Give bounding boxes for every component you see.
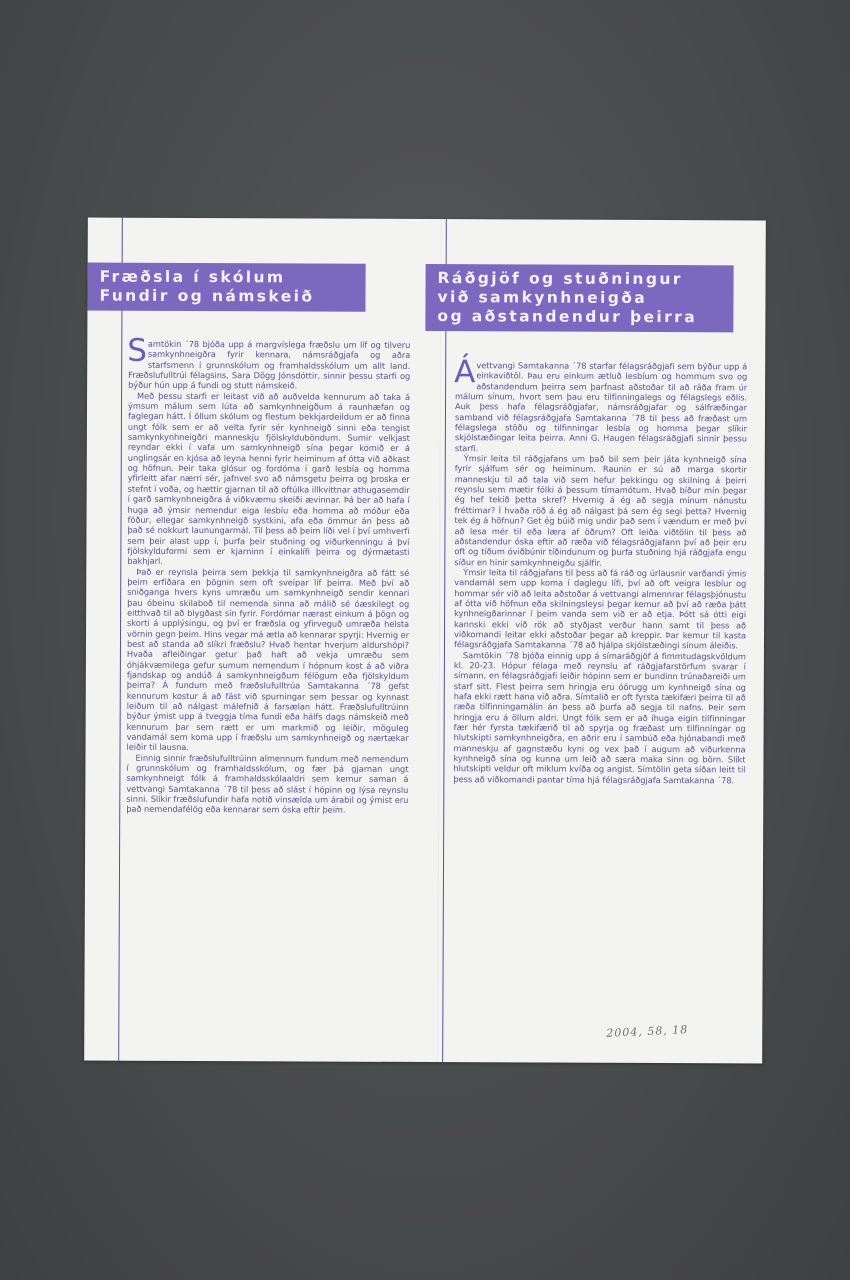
drop-cap: S bbox=[127, 339, 147, 363]
left-heading-line-1: Fræðsla í skólum bbox=[100, 268, 356, 288]
paragraph: Það er reynsla þeirra sem þekkja til sam… bbox=[127, 566, 410, 753]
drop-cap: Á bbox=[454, 360, 475, 384]
right-heading-line-1: Ráðgjöf og stuðningur bbox=[438, 269, 724, 289]
left-heading-line-2: Fundir og námskeið bbox=[99, 287, 355, 307]
paragraph: Samtökin ´78 bjóða upp á margvíslega fræ… bbox=[128, 339, 410, 392]
handwritten-catalog-number: 2004, 58, 18 bbox=[606, 1023, 689, 1040]
right-margin-rule bbox=[442, 219, 447, 1062]
paragraph: Ýmsir leita til ráðgjafans um það bil se… bbox=[454, 453, 746, 568]
paragraph: Samtökin ´78 bjóða einnig upp á símaráðg… bbox=[453, 650, 746, 786]
left-margin-rule bbox=[118, 218, 123, 1061]
paragraph: Einnig sinnir fræðslufulltrúinn almennum… bbox=[126, 752, 408, 815]
right-heading-banner: Ráðgjöf og stuðningur við samkynhneigða … bbox=[425, 264, 733, 332]
brochure-sheet: Fræðsla í skólum Fundir og námskeið Ráðg… bbox=[84, 218, 766, 1064]
paragraph: Ýmsir leita til ráðgjafans til þess að f… bbox=[454, 567, 746, 651]
left-body-text: Samtökin ´78 bjóða upp á margvíslega fræ… bbox=[126, 339, 410, 816]
right-heading-line-3: og aðstandendur þeirra bbox=[437, 307, 723, 327]
paragraph: Ávettvangi Samtakanna ´78 starfar félags… bbox=[455, 360, 747, 454]
paragraph: Með þessu starfi er leitast við að auðve… bbox=[127, 390, 410, 567]
left-heading-banner: Fræðsla í skólum Fundir og námskeið bbox=[87, 263, 365, 312]
right-heading-line-2: við samkynhneigða bbox=[437, 288, 723, 308]
right-body-text: Ávettvangi Samtakanna ´78 starfar félags… bbox=[453, 360, 747, 785]
